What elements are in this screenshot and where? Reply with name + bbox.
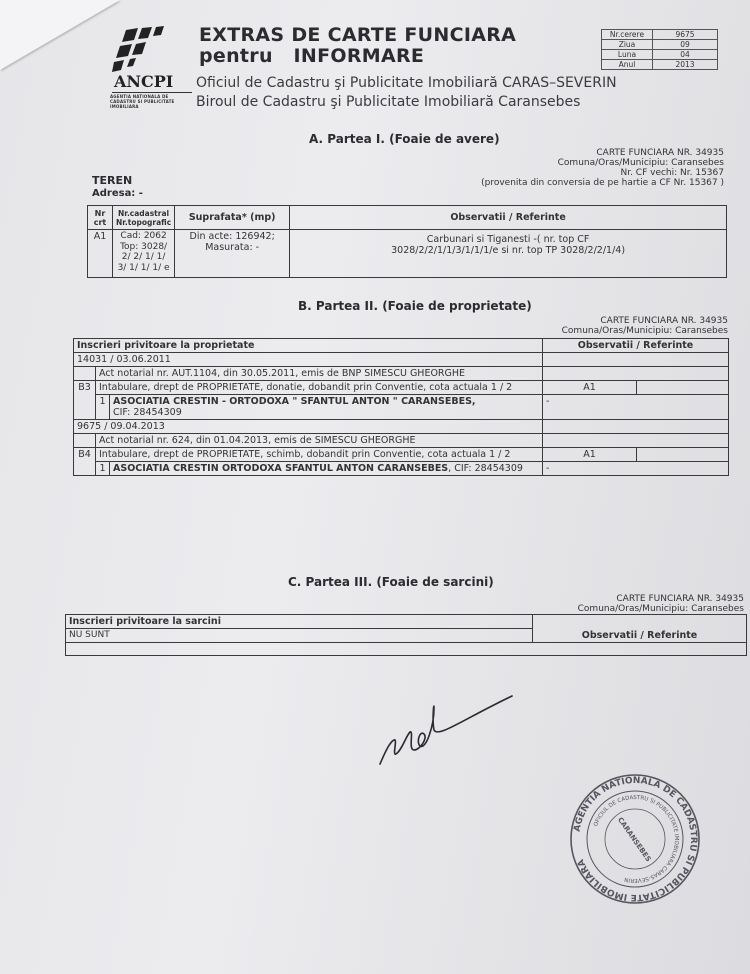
office-name: Oficiul de Cadastru şi Publicitate Imobi… [196,75,617,91]
empty-cell [637,381,729,395]
empty-cell [74,434,96,448]
topographic-number: Top: 3028/ 2/ 2/ 1/ 1/ 3/ 1/ 1/ 1/ e [116,242,171,274]
col-notes: Observatii / Referinte [290,206,727,230]
month-label: Luna [602,50,653,60]
registration-number: 14031 / 03.06.2011 [74,353,543,367]
empty-cell [543,367,729,381]
section-a-table: Nr crt Nr.cadastral Nr.topografic Supraf… [87,205,727,278]
empty-cell [637,448,729,462]
cf-number: CARTE FUNCIARA NR. 34935 [578,594,744,604]
reference-cell: A1 [543,448,637,462]
document-title: EXTRAS DE CARTE FUNCIARA [199,24,516,46]
cf-number: CARTE FUNCIARA NR. 34935 [562,316,728,326]
locality: Comuna/Oras/Municipiu: Caransebes [578,604,744,614]
signature-icon [372,680,532,770]
col-cadastral: Nr.cadastral Nr.topografic [113,206,175,230]
request-number: 9675 [653,30,718,40]
stamp-center-text: CARANSEBES [616,816,652,863]
row-nr: A1 [88,230,113,278]
area-measured: Masurata: - [178,242,286,253]
reference-cell: A1 [543,381,637,395]
request-info-table: Nr.cerere9675 Ziua09 Luna04 Anul2013 [601,29,718,70]
col-encumbrance-entries: Inscrieri privitoare la sarcini [66,615,533,629]
empty-row [66,643,747,656]
notarial-act: Act notarial nr. AUT.1104, din 30.05.201… [96,367,543,381]
col-notes: Observatii / Referinte [543,339,729,353]
row-cadastral: Cad: 2062 Top: 3028/ 2/ 2/ 1/ 1/ 3/ 1/ 1… [113,230,175,278]
document-subtitle: pentru INFORMARE [199,45,424,67]
old-cf-number: Nr. CF vechi: Nr. 15367 [481,168,724,178]
bureau-name: Biroul de Cadastru şi Publicitate Imobil… [196,94,580,110]
owner-index: 1 [96,395,110,420]
property-type: TEREN [92,174,132,187]
owner-cell: ASOCIATIA CRESTIN - ORTODOXA " SFANTUL A… [110,395,543,420]
notarial-act: Act notarial nr. 624, din 01.04.2013, em… [96,434,543,448]
day-label: Ziua [602,40,653,50]
year-label: Anul [602,60,653,70]
document-page: ANCPI AGENTIA NATIONALA DE CADASTRU SI P… [0,0,750,974]
entry-description: Intabulare, drept de PROPRIETATE, schimb… [96,448,543,462]
entry-note: - [543,395,729,420]
entry-code: B4 [74,448,96,476]
col-ownership-entries: Inscrieri privitoare la proprietate [74,339,543,353]
area-from-acts: Din acte: 126942; [178,231,286,242]
request-label: Nr.cerere [602,30,653,40]
col-area: Suprafata* (mp) [175,206,290,230]
locality: Comuna/Oras/Municipiu: Caransebes [481,158,724,168]
section-b-cf-info: CARTE FUNCIARA NR. 34935 Comuna/Oras/Mun… [562,316,728,336]
day-value: 09 [653,40,718,50]
official-stamp-icon: AGENTIA NATIONALA DE CADASTRU SI PUBLICI… [568,772,702,906]
col-nr-crt: Nr crt [88,206,113,230]
section-c-title: C. Partea III. (Foaie de sarcini) [288,575,494,589]
empty-cell [543,434,729,448]
notes-line: Carbunari si Tiganesti -( nr. top CF [293,234,723,245]
owner-name: ASOCIATIA CRESTIN ORTODOXA SFANTUL ANTON… [113,463,448,474]
entry-code: B3 [74,381,96,420]
logo-text: ANCPI [114,72,173,91]
encumbrance-value: NU SUNT [66,629,533,643]
entry-note: - [543,462,729,476]
registration-number: 9675 / 09.04.2013 [74,420,543,434]
row-area: Din acte: 126942; Masurata: - [175,230,290,278]
owner-index: 1 [96,462,110,476]
col-notes: Observatii / Referinte [533,615,747,643]
year-value: 2013 [653,60,718,70]
row-notes: Carbunari si Tiganesti -( nr. top CF 302… [290,230,727,278]
month-value: 04 [653,50,718,60]
section-a-title: A. Partea I. (Foaie de avere) [309,132,500,146]
entry-description: Intabulare, drept de PROPRIETATE, donati… [96,381,543,395]
owner-cif: CIF: 28454309 [113,407,182,418]
section-b-table: Inscrieri privitoare la proprietate Obse… [73,338,729,476]
property-address: Adresa: - [92,188,143,199]
owner-name: ASOCIATIA CRESTIN - ORTODOXA " SFANTUL A… [113,396,476,407]
folded-page-corner [0,0,120,70]
logo-divider [112,92,192,93]
section-c-table: Inscrieri privitoare la sarcini Observat… [65,614,747,656]
empty-cell [74,367,96,381]
empty-cell [543,420,729,434]
section-a-cf-info: CARTE FUNCIARA NR. 34935 Comuna/Oras/Mun… [481,148,724,188]
logo-mark-icon [112,26,172,74]
owner-cell: ASOCIATIA CRESTIN ORTODOXA SFANTUL ANTON… [110,462,543,476]
locality: Comuna/Oras/Municipiu: Caransebes [562,326,728,336]
cf-origin: (provenita din conversia de pe hartie a … [481,178,724,188]
cf-number: CARTE FUNCIARA NR. 34935 [481,148,724,158]
cadastral-number: Cad: 2062 [116,231,171,242]
owner-cif: , CIF: 28454309 [448,463,523,474]
ancpi-logo: ANCPI AGENTIA NATIONALA DE CADASTRU SI P… [108,26,192,110]
notes-line: 3028/2/2/1/1/3/1/1/1/e si nr. top TP 302… [293,245,723,256]
section-b-title: B. Partea II. (Foaie de proprietate) [298,299,532,313]
logo-subtitle: AGENTIA NATIONALA DE CADASTRU SI PUBLICI… [110,94,196,109]
empty-cell [543,353,729,367]
section-c-cf-info: CARTE FUNCIARA NR. 34935 Comuna/Oras/Mun… [578,594,744,614]
